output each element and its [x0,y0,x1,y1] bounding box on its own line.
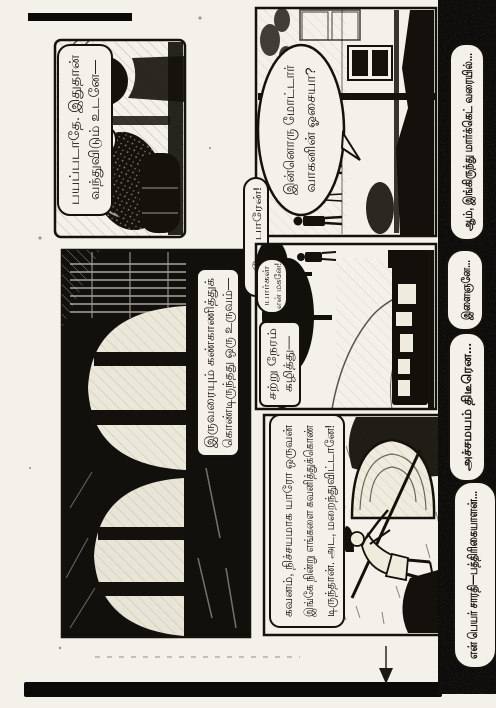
banner-2: இளைஞனே... [447,250,483,330]
panel-2: இருவரையும் கண்காணித்துக் கொண்டிருந்தது ஒ… [62,250,250,637]
banner-3: அச்சமயம் திடீரென... [449,333,485,481]
caption-text-line: கழித்து— [282,335,296,392]
panel-3: இன்னொரு மோட்டார் வாகனின் ஓசையா? [256,8,436,236]
cart-windows [348,46,392,80]
banner-4: என் பெயர் சாரதி—பத்திரிகையாளன்... [454,482,496,668]
caption-text-line: வந்துவிடும் உடனே— [86,60,103,200]
banner-text: ஆம், இங்கிருந்து மார்க்கெட் வரையில்... [461,53,476,231]
caption-text-line: சற்று நேரம் [267,328,280,400]
caption-box: சற்று நேரம் கழித்து— [260,322,300,406]
cylindrical-container [140,153,180,233]
caption-text-line: டிருந்தான். அட, மறைந்துவிட்டானே! [323,425,338,617]
comic-artwork: பயப்படாதே. இதுதான் வந்துவிடும் உடனே— [0,0,496,708]
banner-text: அச்சமயம் திடீரென... [460,343,475,471]
panel-5: கவனம், நிச்சயமாக யாரோ ஒருவன் இங்கே நின்ற… [264,415,440,635]
caption-text-line: பயப்படாதே. இதுதான் [66,55,83,205]
caption-box: பயப்படாதே. இதுதான் வந்துவிடும் உடனே— [58,45,112,215]
caption-text-line: இருவரையும் கண்காணித்துக் [202,278,218,448]
bubble-text-line: வாகனின் ஓசையா? [302,67,318,192]
caption-text-line: கொண்டிருந்தது ஒரு உருவம்— [220,278,236,448]
caption-text-line: கவனம், நிச்சயமாக யாரோ ஒருவன் [281,424,296,617]
banner-text: என் பெயர் சாரதி—பத்திரிகையாளன்... [465,491,481,659]
bubble-text-line: யார்கள் [261,265,271,306]
banner-1: ஆம், இங்கிருந்து மார்க்கெட் வரையில்... [450,44,484,240]
scan-line-mark [28,13,132,21]
panel-4: சற்று நேரம் கழித்து— யார்கள் என் மகனே! [256,239,436,409]
scanned-comic-page: பயப்படாதே. இதுதான் வந்துவிடும் உடனே— [0,0,496,708]
bubble-text-line: என் மகனே! [273,263,283,309]
rotated-page: பயப்படாதே. இதுதான் வந்துவிடும் உடனே— [0,0,496,708]
speech-bubble: யார்கள் என் மகனே! [257,259,287,313]
caption-box: இருவரையும் கண்காணித்துக் கொண்டிருந்தது ஒ… [197,269,239,456]
bubble-text-line: இன்னொரு மோட்டார் [281,64,298,195]
curb-line [394,10,399,233]
scan-edge-bar [24,682,442,697]
caption-text-line: இங்கே நின்று எங்களை கவனித்துக்கொண் [302,424,317,617]
panel-1: பயப்படாதே. இதுதான் வந்துவிடும் உடனே— [55,40,185,239]
truck [388,250,434,408]
banner-text: இளைஞனே... [459,260,474,321]
footer-strip: ஆம், இங்கிருந்து மார்க்கெட் வரையில்... இ… [438,0,496,694]
caption-box: கவனம், நிச்சயமாக யாரோ ஒருவன் இங்கே நின்ற… [270,415,344,627]
